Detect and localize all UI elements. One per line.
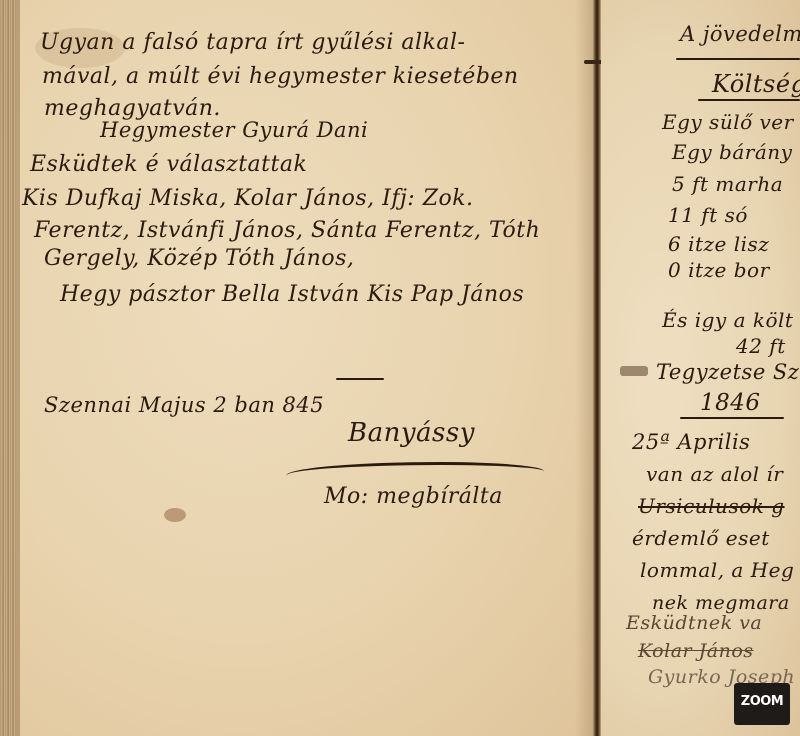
book-edge: [0, 0, 16, 736]
expense-item: 5 ft marha: [672, 172, 783, 196]
page-edge-shadow: [16, 0, 20, 736]
manuscript-spread: Ugyan a falsó tapra írt gyűlési alkal- m…: [0, 0, 800, 736]
ink-stain: [164, 508, 186, 522]
expense-item: Egy sülő ver: [662, 110, 794, 134]
year: 1846: [700, 390, 761, 416]
book-gutter: [593, 0, 601, 736]
subtitle-underline: [698, 99, 800, 101]
signature-sub: Mo: megbírálta: [324, 484, 503, 509]
year-underline: [680, 417, 784, 419]
entry-line: lommal, a Heg: [640, 558, 794, 582]
names-line: Ferentz, Istvánfi János, Sánta Ferentz, …: [34, 218, 540, 243]
sum-amount: 42 ft: [736, 334, 786, 358]
entry-date: 25ª Aprilis: [632, 430, 750, 454]
expense-item: 6 itze lisz: [668, 232, 769, 256]
section-heading: Esküdtek é választattak: [30, 152, 307, 177]
entry-line: nek megmara: [652, 592, 790, 614]
right-subtitle: Költség: [712, 70, 800, 98]
zoom-logo-text: ZOOM: [741, 694, 783, 709]
date-line: Szennai Majus 2 ban 845: [44, 393, 324, 417]
right-title: A jövedelmek: [680, 22, 800, 46]
title-underline: [676, 58, 800, 60]
entry-line: Esküdtnek va: [626, 612, 762, 634]
signature: Banyássy: [348, 418, 475, 448]
expense-item: 11 ft só: [668, 203, 748, 227]
hegypasztor-line: Hegy pásztor Bella István Kis Pap János: [60, 282, 524, 307]
ink-smudge: [620, 366, 648, 376]
names-line: Kis Dufkaj Miska, Kolar János, Ifj: Zok.: [22, 186, 474, 211]
entry-line: érdemlő eset: [632, 526, 770, 550]
total-line: Tegyzetse Sz: [656, 360, 799, 384]
page-curl-shadow: [575, 0, 593, 736]
expense-item: 0 itze bor: [668, 258, 770, 282]
entry-line: Ursiculusok g: [638, 494, 785, 518]
zoom-logo[interactable]: ZOOM: [734, 683, 790, 725]
entry-line: Kolar János: [638, 640, 754, 662]
sum-line: És igy a költ: [662, 308, 793, 332]
hegymester-line: Hegymester Gyurá Dani: [100, 118, 368, 142]
date-overline: [336, 378, 384, 380]
names-line: Gergely, Közép Tóth János,: [44, 246, 354, 271]
entry-line: van az alol ír: [646, 462, 783, 486]
paragraph-line: Ugyan a falsó tapra írt gyűlési alkal-: [40, 30, 465, 55]
expense-item: Egy bárány: [672, 140, 792, 164]
paragraph-line: mával, a múlt évi hegymester kiesetében: [42, 64, 519, 89]
